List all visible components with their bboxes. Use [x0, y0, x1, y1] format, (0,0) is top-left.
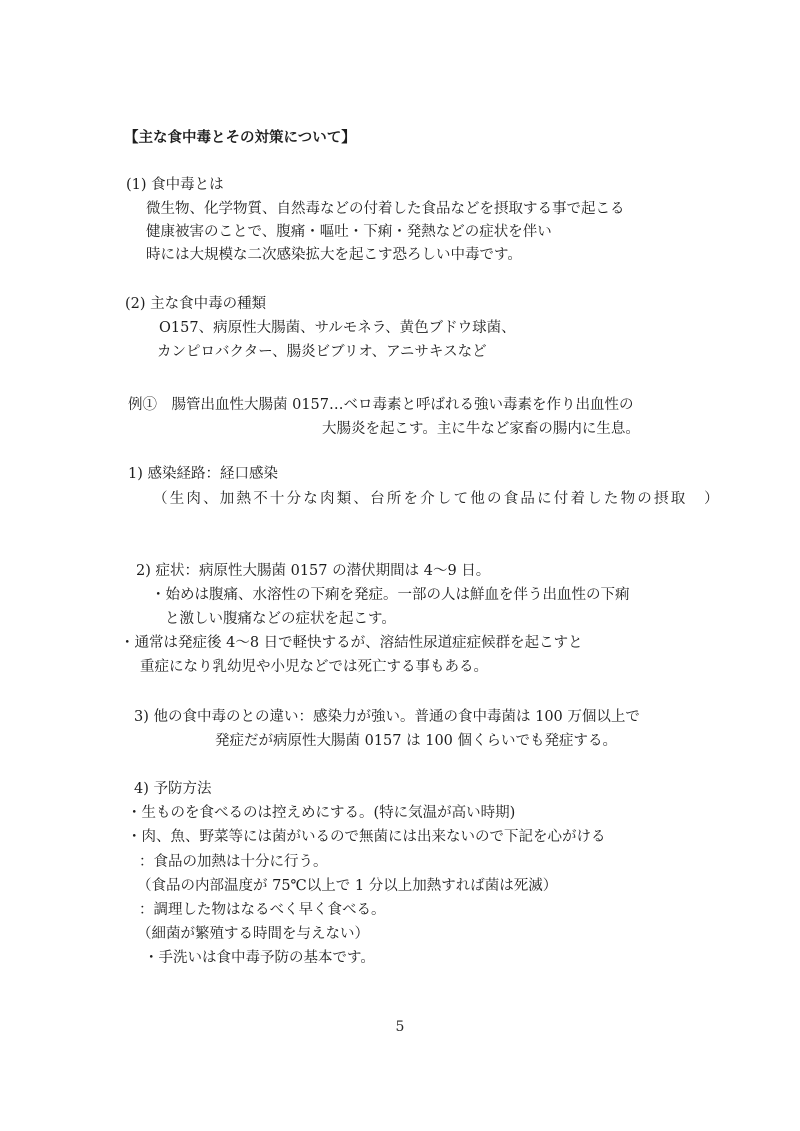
point-4-line-4: （食品の内部温度が 75℃以上で 1 分以上加熱すれば菌は死滅）: [137, 877, 557, 896]
document-page: 【主な食中毒とその対策について】 (1) 食中毒とは 微生物、化学物質、自然毒な…: [0, 0, 800, 1131]
point-4-line-2: ・肉、魚、野菜等には菌がいるので無菌には出来ないので下記を心がける: [127, 828, 606, 847]
section-1-line-1: 微生物、化学物質、自然毒などの付着した食品などを摂取する事で起こる: [146, 200, 625, 219]
point-1-heading: 1) 感染経路：経口感染: [128, 465, 278, 484]
section-1-line-3: 時には大規模な二次感染拡大を起こす恐ろしい中毒です。: [146, 246, 522, 265]
document-title: 【主な食中毒とその対策について】: [124, 129, 356, 148]
page-number: 5: [0, 1018, 800, 1036]
point-4-line-7: ・手洗いは食中毒予防の基本です。: [144, 949, 375, 968]
section-2-heading: (2) 主な食中毒の種類: [125, 295, 266, 314]
point-3-line-1: 発症だが病原性大腸菌 0157 は 100 個くらいでも発症する。: [215, 732, 617, 751]
point-4-heading: 4) 予防方法: [134, 780, 212, 799]
section-2-line-2: カンピロバクター、腸炎ビブリオ、アニサキスなど: [157, 343, 487, 362]
section-2-line-1: O157、病原性大腸菌、サルモネラ、黄色ブドウ球菌、: [159, 319, 516, 338]
point-2-line-2: と激しい腹痛などの症状を起こす。: [165, 610, 396, 629]
point-1-line-1: （生肉、加熱不十分な肉類、台所を介して他の食品に付着した物の摂取 ）: [153, 490, 721, 509]
point-2-line-4: 重症になり乳幼児や小児などでは死亡する事もある。: [140, 658, 488, 677]
point-2-heading: 2) 症状：病原性大腸菌 0157 の潜伏期間は 4～9 日。: [136, 562, 490, 581]
point-4-line-5: ：調理した物はなるべく早く食べる。: [139, 901, 386, 920]
example-1-line-2: 大腸炎を起こす。主に牛など家畜の腸内に生息。: [322, 420, 640, 439]
point-3-heading: 3) 他の食中毒のとの違い：感染力が強い。普通の食中毒菌は 100 万個以上で: [134, 708, 640, 727]
section-1-line-2: 健康被害のことで、腹痛・嘔吐・下痢・発熱などの症状を伴い: [146, 223, 552, 242]
section-1-heading: (1) 食中毒とは: [126, 176, 224, 195]
point-4-line-6: （細菌が繁殖する時間を与えない）: [137, 925, 369, 944]
point-4-line-3: ：食品の加熱は十分に行う。: [139, 853, 328, 872]
point-2-line-3: ・通常は発症後 4～8 日で軽快するが、溶結性尿道症症候群を起こすと: [120, 634, 583, 653]
point-4-line-1: ・生ものを食べるのは控えめにする。(特に気温が高い時期): [127, 804, 515, 823]
point-2-line-1: ・始めは腹痛、水溶性の下痢を発症。一部の人は鮮血を伴う出血性の下痢: [151, 586, 630, 605]
example-1-line-1: 例① 腸管出血性大腸菌 0157…ベロ毒素と呼ばれる強い毒素を作り出血性の: [128, 396, 634, 415]
